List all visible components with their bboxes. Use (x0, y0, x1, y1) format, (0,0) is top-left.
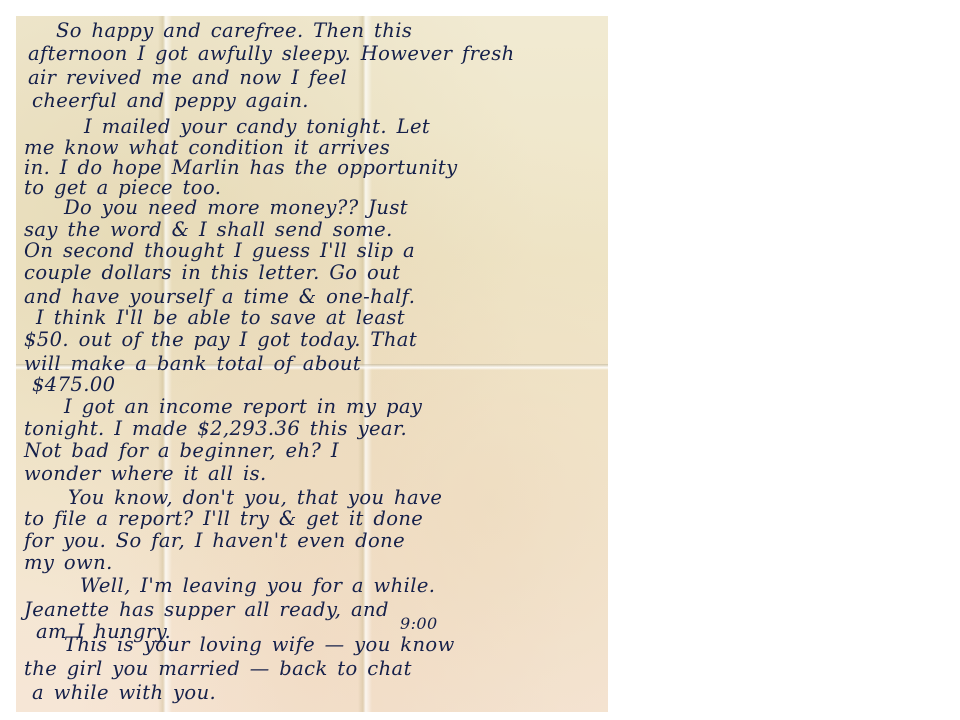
canvas: So happy and carefree. Then thisafternoo… (0, 0, 960, 720)
letter-line: afternoon I got awfully sleepy. However … (28, 43, 515, 65)
letter-line: my own. (24, 552, 113, 574)
time-stamp: 9:00 (400, 614, 438, 633)
letter-line: say the word & I shall send some. (24, 219, 393, 241)
letter-closing-line: This is your loving wife — you know (64, 634, 455, 656)
letter-line: You know, don't you, that you have (68, 487, 442, 509)
letter-line: On second thought I guess I'll slip a (24, 240, 415, 262)
letter-line: Well, I'm leaving you for a while. (80, 575, 435, 597)
letter-line: wonder where it all is. (24, 463, 267, 485)
letter-line: Jeanette has supper all ready, and (24, 599, 389, 621)
letter-closing-line: a while with you. (32, 682, 216, 704)
letter-line: Not bad for a beginner, eh? I (24, 440, 339, 462)
letter-line: air revived me and now I feel (28, 67, 347, 89)
letter-line: I think I'll be able to save at least (36, 307, 405, 329)
letter-line: couple dollars in this letter. Go out (24, 262, 400, 284)
letter-line: and have yourself a time & one-half. (24, 286, 415, 308)
letter-line: to file a report? I'll try & get it done (24, 508, 423, 530)
handwritten-letter-page: So happy and carefree. Then thisafternoo… (16, 16, 608, 712)
letter-line: So happy and carefree. Then this (56, 20, 412, 42)
letter-line: $50. out of the pay I got today. That (24, 329, 417, 351)
letter-line: for you. So far, I haven't even done (24, 530, 405, 552)
letter-line: cheerful and peppy again. (32, 90, 309, 112)
letter-line: Do you need more money?? Just (64, 197, 408, 219)
letter-line: will make a bank total of about (24, 353, 361, 375)
letter-line: I mailed your candy tonight. Let (84, 116, 430, 138)
letter-line: tonight. I made $2,293.36 this year. (24, 418, 407, 440)
letter-line: I got an income report in my pay (64, 396, 422, 418)
letter-line: $475.00 (32, 374, 115, 396)
letter-closing-line: the girl you married — back to chat (24, 658, 412, 680)
